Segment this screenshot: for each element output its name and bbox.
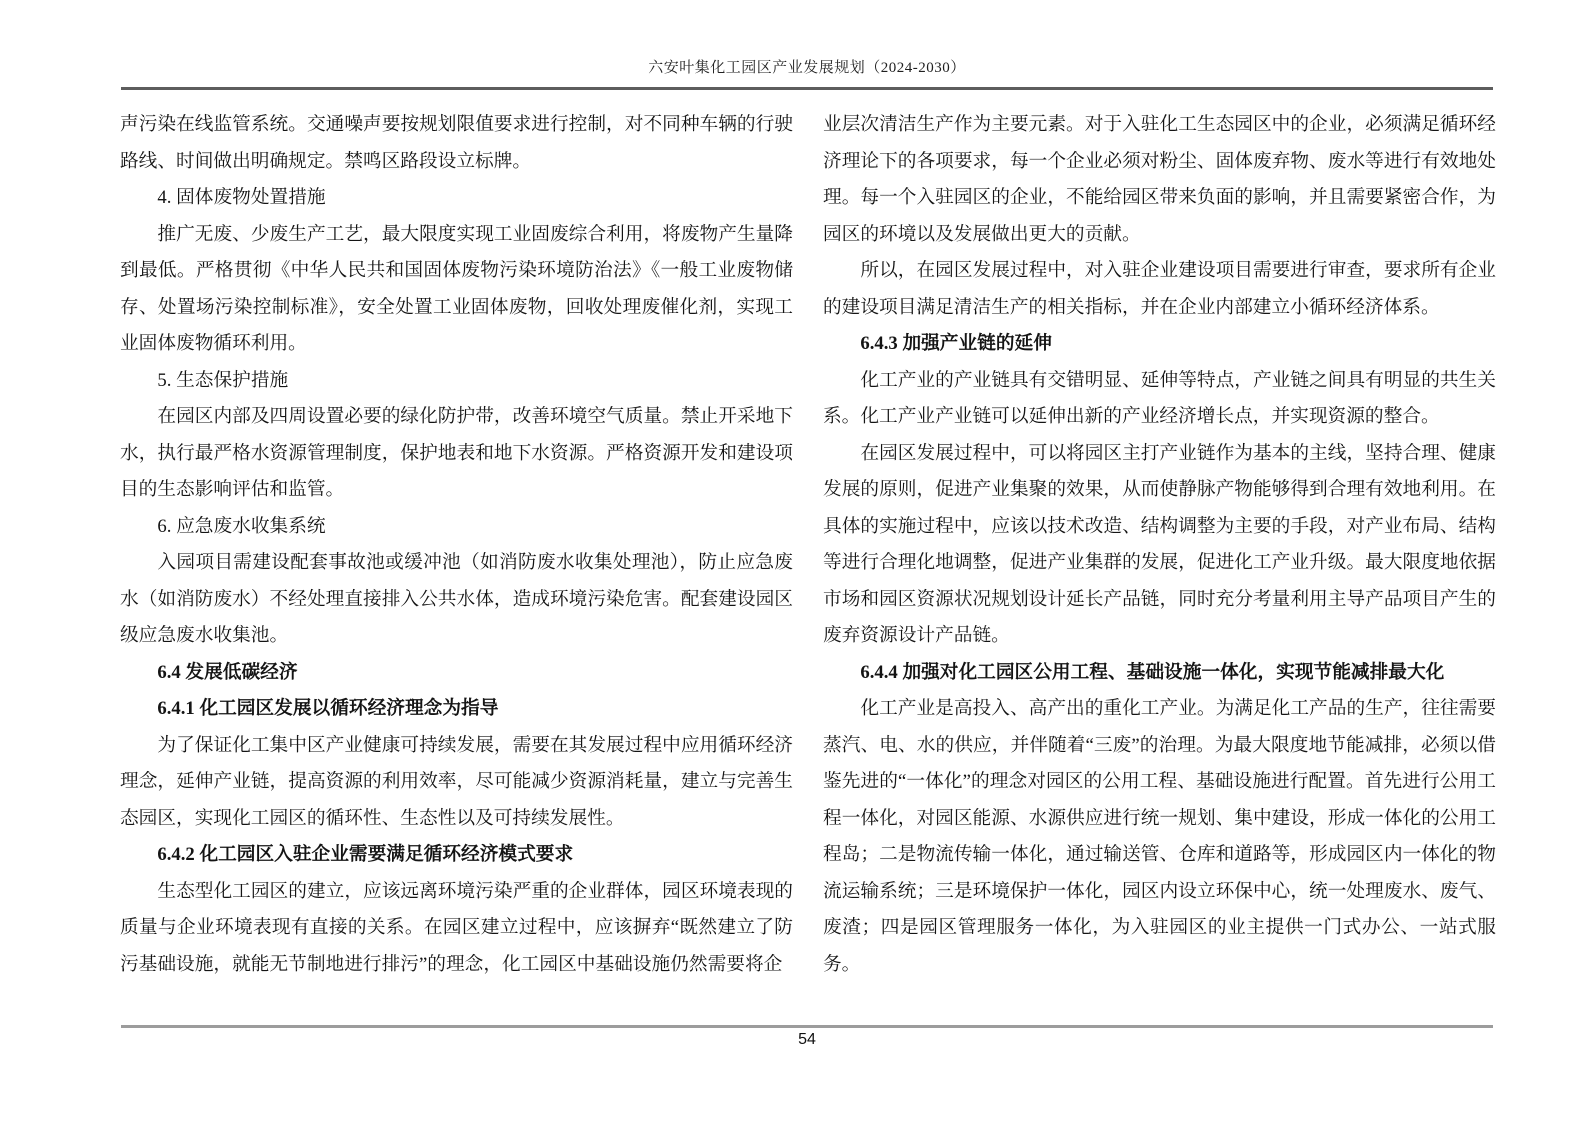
subsection-heading: 6.4.4 加强对化工园区公用工程、基础设施一体化，实现节能减排最大化: [823, 655, 1496, 692]
subsection-heading: 6.4.3 加强产业链的延伸: [823, 326, 1496, 363]
subsection-heading: 6.4.1 化工园区发展以循环经济理念为指导: [120, 691, 793, 728]
body-paragraph: 化工产业是高投入、高产出的重化工产业。为满足化工产品的生产，往往需要蒸汽、电、水…: [823, 691, 1496, 983]
page-body: 声污染在线监管系统。交通噪声要按规划限值要求进行控制，对不同种车辆的行驶路线、时…: [120, 107, 1496, 983]
body-paragraph: 在园区内部及四周设置必要的绿化防护带，改善环境空气质量。禁止开采地下水，执行最严…: [120, 399, 793, 509]
subsection-heading: 6.4 发展低碳经济: [120, 655, 793, 692]
header-rule: [121, 87, 1493, 90]
subsection-heading: 6.4.2 化工园区入驻企业需要满足循环经济模式要求: [120, 837, 793, 874]
footer-rule: [121, 1025, 1493, 1028]
document-page: 六安叶集化工园区产业发展规划（2024-2030） 声污染在线监管系统。交通噪声…: [0, 0, 1588, 1122]
running-header-title: 六安叶集化工园区产业发展规划（2024-2030）: [121, 58, 1493, 78]
body-paragraph: 业层次清洁生产作为主要元素。对于入驻化工生态园区中的企业，必须满足循环经济理论下…: [823, 107, 1496, 253]
body-paragraph: 化工产业的产业链具有交错明显、延伸等特点，产业链之间具有明显的共生关系。化工产业…: [823, 363, 1496, 436]
body-paragraph: 在园区发展过程中，可以将园区主打产业链作为基本的主线，坚持合理、健康发展的原则，…: [823, 436, 1496, 655]
left-column: 声污染在线监管系统。交通噪声要按规划限值要求进行控制，对不同种车辆的行驶路线、时…: [120, 107, 793, 983]
right-column: 业层次清洁生产作为主要元素。对于入驻化工生态园区中的企业，必须满足循环经济理论下…: [823, 107, 1496, 983]
body-paragraph: 所以，在园区发展过程中，对入驻企业建设项目需要进行审查，要求所有企业的建设项目满…: [823, 253, 1496, 326]
section-heading: 5. 生态保护措施: [120, 363, 793, 400]
body-paragraph: 推广无废、少废生产工艺，最大限度实现工业固废综合利用，将废物产生量降到最低。严格…: [120, 217, 793, 363]
body-paragraph: 声污染在线监管系统。交通噪声要按规划限值要求进行控制，对不同种车辆的行驶路线、时…: [120, 107, 793, 180]
page-number: 54: [121, 1031, 1493, 1049]
body-paragraph: 入园项目需建设配套事故池或缓冲池（如消防废水收集处理池），防止应急废水（如消防废…: [120, 545, 793, 655]
section-heading: 6. 应急废水收集系统: [120, 509, 793, 546]
section-heading: 4. 固体废物处置措施: [120, 180, 793, 217]
body-paragraph: 生态型化工园区的建立，应该远离环境污染严重的企业群体，园区环境表现的质量与企业环…: [120, 874, 793, 984]
body-paragraph: 为了保证化工集中区产业健康可持续发展，需要在其发展过程中应用循环经济理念，延伸产…: [120, 728, 793, 838]
